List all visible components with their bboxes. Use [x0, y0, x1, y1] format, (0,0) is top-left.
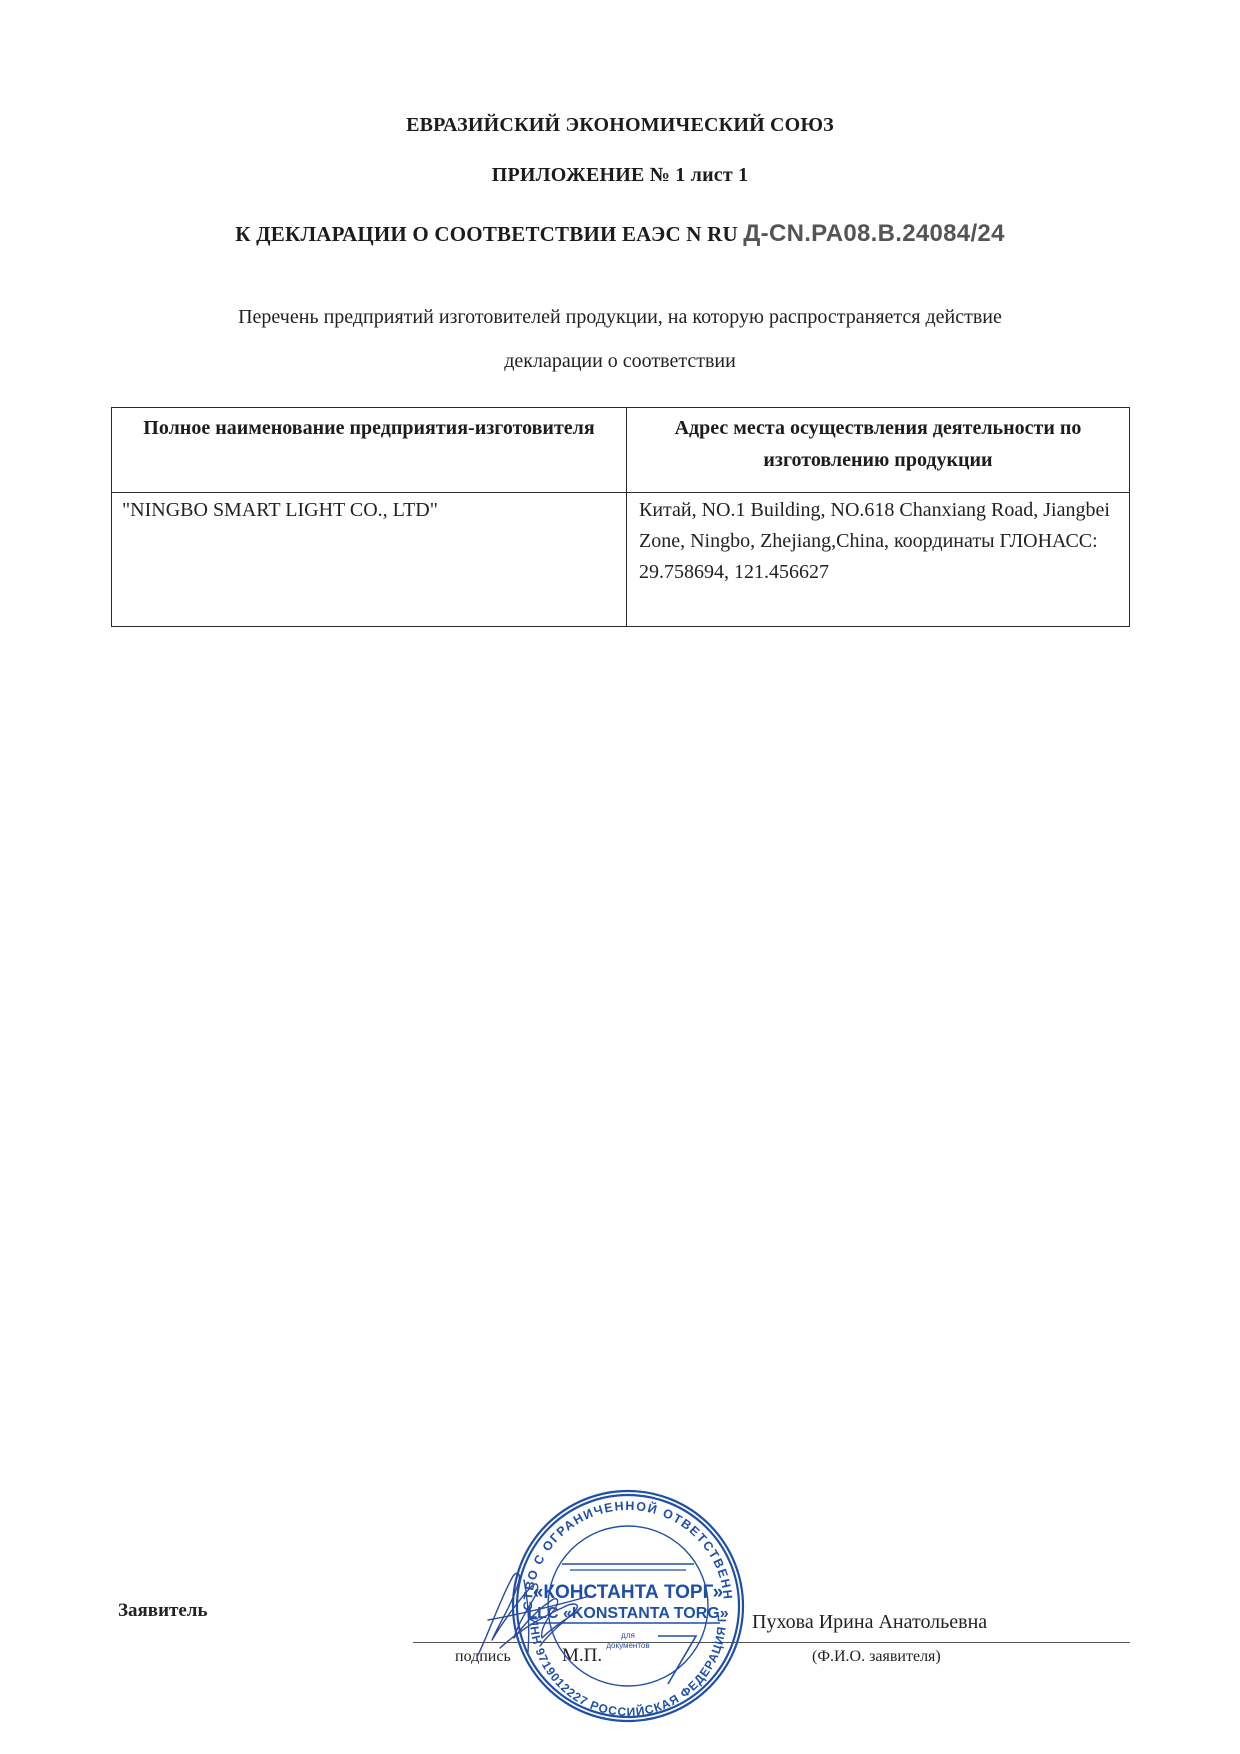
- intro-line-1: Перечень предприятий изготовителей проду…: [0, 306, 1240, 329]
- stamp-purpose-1: для: [621, 1631, 635, 1640]
- table-header-row: Полное наименование предприятия-изготови…: [112, 408, 1130, 493]
- table-row: "NINGBO SMART LIGHT CO., LTD" Китай, NO.…: [112, 493, 1130, 627]
- declaration-number: Д-CN.PA08.B.24084/24: [743, 220, 1004, 247]
- handwritten-signature-icon: [470, 1560, 600, 1670]
- caption-fio: (Ф.И.О. заявителя): [812, 1648, 941, 1666]
- applicant-label: Заявитель: [118, 1600, 208, 1622]
- stamp-purpose-2: документов: [606, 1641, 649, 1650]
- manufacturers-table: Полное наименование предприятия-изготови…: [111, 407, 1130, 627]
- cell-production-address: Китай, NO.1 Building, NO.618 Chanxiang R…: [627, 493, 1130, 627]
- name-line: [738, 1642, 1130, 1643]
- intro-line-2: декларации о соответствии: [0, 350, 1240, 373]
- heading-appendix: ПРИЛОЖЕНИЕ № 1 лист 1: [0, 164, 1240, 187]
- declaration-appendix-page: ЕВРАЗИЙСКИЙ ЭКОНОМИЧЕСКИЙ СОЮЗ ПРИЛОЖЕНИ…: [0, 0, 1240, 1754]
- cell-manufacturer-name: "NINGBO SMART LIGHT CO., LTD": [112, 493, 627, 627]
- heading-union: ЕВРАЗИЙСКИЙ ЭКОНОМИЧЕСКИЙ СОЮЗ: [0, 114, 1240, 137]
- header-manufacturer-name: Полное наименование предприятия-изготови…: [112, 408, 627, 493]
- header-production-address: Адрес места осуществления деятельности п…: [627, 408, 1130, 493]
- heading-declaration: К ДЕКЛАРАЦИИ О СООТВЕТСТВИИ ЕАЭС N RU Д-…: [0, 220, 1240, 248]
- heading-declaration-prefix: К ДЕКЛАРАЦИИ О СООТВЕТСТВИИ ЕАЭС N RU: [235, 222, 743, 246]
- signer-name: Пухова Ирина Анатольевна: [752, 1611, 987, 1634]
